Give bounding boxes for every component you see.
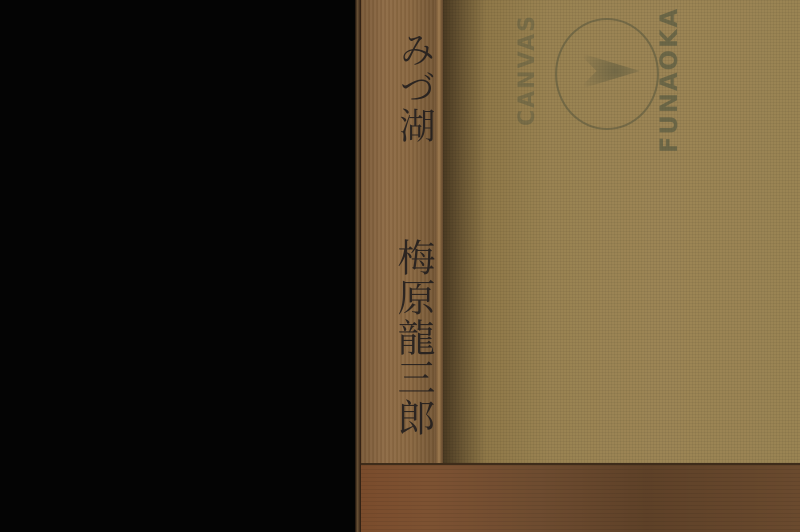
inscription-title: みづ湖 [372, 8, 432, 168]
inscription-signature: 梅原龍三郎 [372, 220, 432, 455]
black-background [0, 0, 360, 532]
stamp-text-funaoka: FUNAOKA [655, 0, 695, 160]
stamp-text-left: CANVAS [515, 0, 555, 140]
bottom-frame-rail [361, 463, 800, 532]
wood-grain-highlight [435, 0, 443, 463]
